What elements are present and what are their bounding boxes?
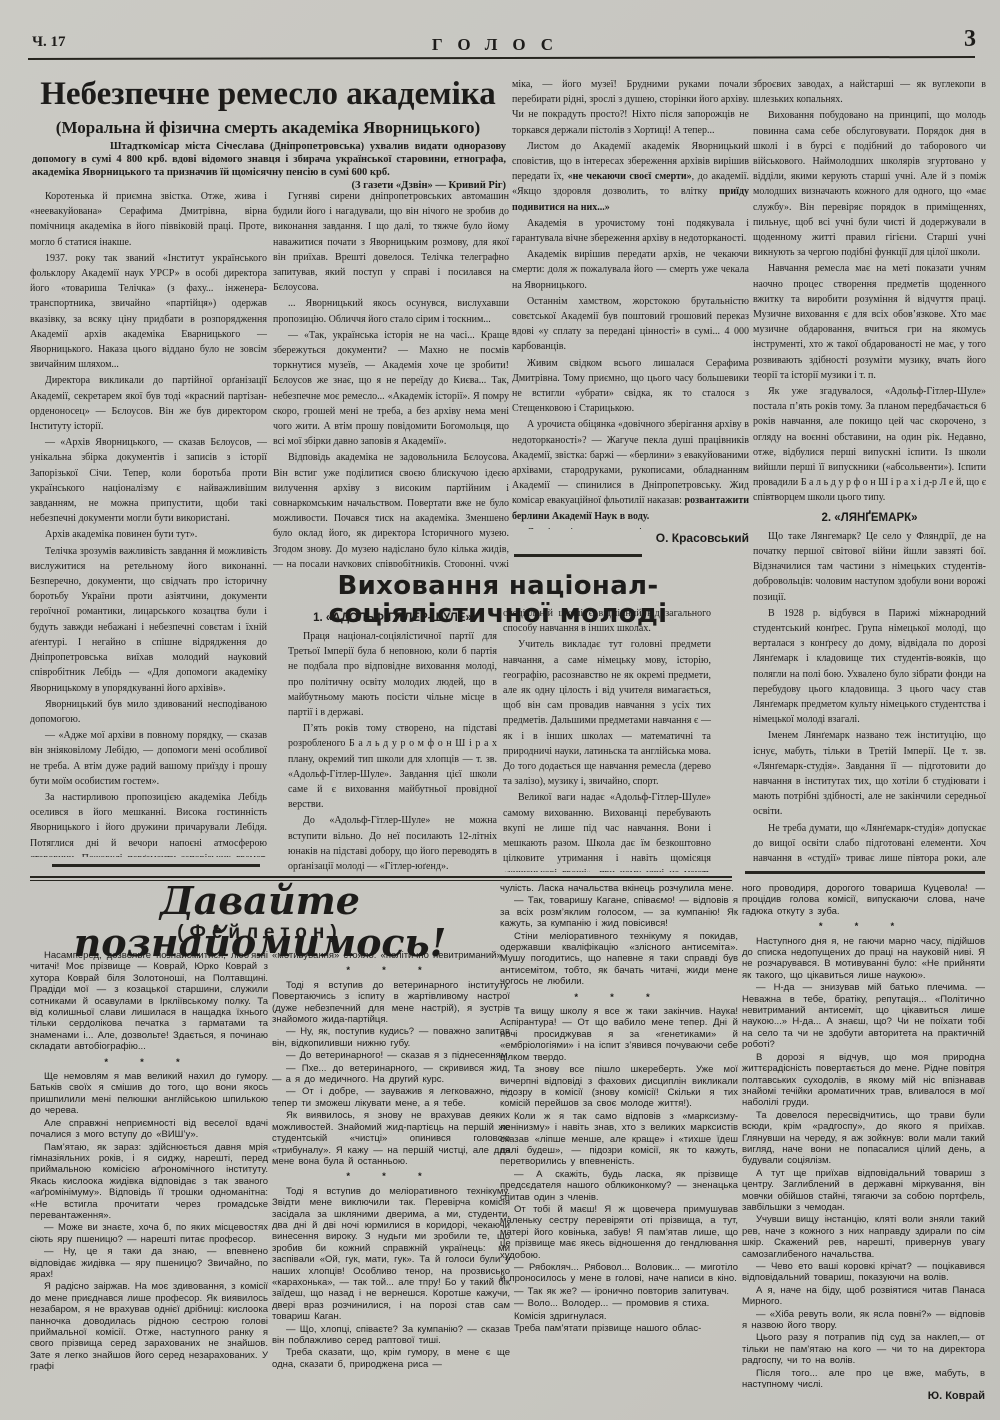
paragraph: Треба пам’ятати прізвище нашого облас-	[500, 1323, 738, 1334]
paragraph: Телічка зрозумів важливість завдання й м…	[30, 544, 267, 696]
paragraph: Учитель викладає тут головні предмети на…	[503, 637, 711, 789]
paragraph: От тобі й маєш! Я ж щовечера примушував …	[500, 1204, 738, 1261]
section-separator: * * *	[500, 992, 738, 1003]
paragraph: Праця націонал-соціялістичної партії для…	[288, 629, 497, 720]
paragraph: Треба сказати, що, крім гумору, в мене є…	[272, 1347, 510, 1370]
paragraph: В дорозі я відчув, що моя природна життє…	[742, 1052, 985, 1109]
paragraph: ного проводиря, дорогого товариша Куцево…	[742, 883, 985, 917]
paragraph: Тоді я вступив до ветеринарного інститут…	[272, 980, 510, 1026]
paragraph: Директора викликали до партійної орґаніз…	[30, 373, 267, 434]
paragraph: Після того... але про це вже, мабуть, в …	[742, 1368, 985, 1388]
paragraph: — «Адже мої архіви в повному порядку, — …	[30, 728, 267, 789]
article1-title: Небезпечне ремесло академіка	[28, 76, 508, 112]
paragraph: Комісія здригнулася.	[500, 1311, 738, 1322]
paragraph: А тут ще приїхав відповідальний товариш …	[742, 1168, 985, 1214]
paragraph: До «Адольф-Гітлер-Шуле» не можна вступит…	[288, 813, 497, 872]
article2-end-rule	[745, 871, 985, 874]
paragraph: Як уже згадувалося, «Адольф-Гітлер-Шуле»…	[753, 384, 986, 506]
paragraph: 1937. року так званий «Інститут українсь…	[30, 251, 267, 373]
paragraph: — Рябокляч... Рябовол... Воловик... — ми…	[500, 1262, 738, 1285]
paragraph: Коли ж я так само відповів з «марксизму-…	[500, 1111, 738, 1168]
paragraph: Та вищу школу я все ж таки закінчив. Нау…	[500, 1006, 738, 1063]
paragraph: Ще немовлям я мав великий нахил до гумор…	[30, 1071, 268, 1117]
paragraph: За настирливою пропозицією академіка Леб…	[30, 790, 267, 857]
paragraph: А урочиста обіцянка «довічного зберіганн…	[512, 417, 749, 523]
paragraph: — Так, товаришу Кагане, співаємо! — відп…	[500, 895, 738, 929]
section-separator: * * *	[272, 1171, 510, 1182]
paragraph: Насамперед, дозвольте познайомитися, люб…	[30, 950, 268, 1053]
article1-lede: Штадткомісар міста Січеслава (Дніпропетр…	[32, 140, 506, 180]
paragraph: спеціяльній школі є відмінний від загаль…	[503, 606, 711, 636]
paragraph: Стіни меліоративного технікуму я покидав…	[500, 931, 738, 988]
paragraph: Яворницький був мило здивований несподів…	[30, 697, 267, 727]
header-rule	[28, 56, 975, 60]
article1-column-3: міка, — його музеї! Брудними руками поча…	[512, 77, 749, 529]
paragraph: — Чево ето ваші коровкі крічат? — поціка…	[742, 1261, 985, 1284]
paragraph: Та знову все пішло шкереберть. Уже мої в…	[500, 1064, 738, 1110]
paragraph: — Пхе... до ветеринарного, — скривився ж…	[272, 1063, 510, 1086]
paragraph: — «Хіба ревуть воли, як ясла повні?» — в…	[742, 1309, 985, 1332]
paragraph: — Так як же? — іронично повторив запитув…	[500, 1286, 738, 1297]
paragraph: Що таке Лянгемарк? Це село у Фляндрії, д…	[753, 529, 986, 605]
article1-column-1: Коротенька й приємна звістка. Отже, жива…	[30, 189, 267, 857]
article3-column-1: Насамперед, дозвольте познайомитися, люб…	[30, 950, 268, 1414]
paragraph: — А скажіть, будь ласка, як прізвище пре…	[500, 1169, 738, 1203]
paragraph: — Ну, як, поступив кудись? — поважно зап…	[272, 1026, 510, 1049]
paragraph: — Воло... Володер... — промовив я стиха.	[500, 1298, 738, 1309]
page-number: 3	[964, 26, 976, 53]
paragraph: Академія в урочистому тоні подякувала і …	[512, 216, 749, 246]
paragraph: — «Так, українська історія не на часі...…	[273, 328, 509, 450]
paragraph: Коротенька й приємна звістка. Отже, жива…	[30, 189, 267, 250]
paragraph: Виховання побудовано на принципі, що мол…	[753, 108, 986, 260]
paragraph: Цього разу я потрапив під суд за наклеп,…	[742, 1332, 985, 1366]
paragraph: Учувши вищу інстанцію, кляті воли зняли …	[742, 1214, 985, 1260]
article1-byline: О. Красовський	[512, 531, 757, 545]
paragraph: Не треба думати, що «Лянґемарк-студія» д…	[753, 821, 986, 867]
article1-byline-rule	[514, 554, 642, 557]
article3-column-2: «мотивування» стояло: «політично невитри…	[272, 950, 510, 1414]
section-subhead: 2. «ЛЯНҐЕМАРК»	[753, 511, 986, 525]
section-separator: * * *	[30, 1057, 268, 1068]
masthead: ГОЛОС	[0, 35, 1000, 55]
section-separator: * * *	[272, 965, 510, 976]
paragraph: Пам’ятаю, як зараз: здійснюється давня м…	[30, 1142, 268, 1222]
paragraph: Останнім хамством, жорстокою брутальніст…	[512, 294, 749, 355]
paragraph: ... Яворницький якось осунувся, вислухав…	[273, 296, 509, 326]
paragraph: — Ну, це я таки да знаю, — впевнено відп…	[30, 1246, 268, 1280]
paragraph: — От і добре, — зауважив я легковажно, —…	[272, 1086, 510, 1109]
paragraph: — До ветеринарного! — сказав я з піднесе…	[272, 1050, 510, 1061]
paragraph: Як виявилось, я знову не врахував деяких…	[272, 1110, 510, 1167]
paragraph: — Може ви знаєте, хоча б, по яких місцев…	[30, 1222, 268, 1245]
paragraph: Архів академіка повинен бути тут».	[30, 527, 267, 542]
paragraph: «мотивування» стояло: «політично невитри…	[272, 950, 510, 961]
paragraph: В 1928 р. відбувся в Парижі міжнародний …	[753, 606, 986, 728]
article1-column-2: Гугняві сирени дніпропетровських автомаш…	[273, 189, 509, 567]
paragraph: Навчання ремесла має на меті показати уч…	[753, 261, 986, 383]
article1-subtitle: (Моральна й фізична смерть академіка Яво…	[28, 118, 508, 138]
paragraph: зброєвих заводах, а найстарші — як вугле…	[753, 77, 986, 107]
article2-column-1: 1. «АДОЛЬФ-ГІТЛЕР-ШУЛЕ»Праця націонал-со…	[288, 606, 497, 872]
article2-column-2: спеціяльній школі є відмінний від загаль…	[503, 606, 711, 872]
newspaper-page: { "header": {"issue": "Ч. 17", "masthead…	[0, 0, 1000, 1420]
paragraph: Я радісно заіржав. На моє здивовання, з …	[30, 1281, 268, 1372]
paragraph: Тоді я вступив до меліоративного техніку…	[272, 1186, 510, 1323]
paragraph: — Н-да — знизував мій батько плечима. — …	[742, 982, 985, 1050]
paragraph: Великої ваги надає «Адольф-Гітлер-Шуле» …	[503, 790, 711, 872]
section-separator: * * *	[742, 921, 985, 932]
paragraph: Деякі дані викликають підозру, що саме ц…	[512, 525, 749, 529]
paragraph: міка, — його музеї! Брудними руками поча…	[512, 77, 749, 138]
paragraph: Та довелося пересвідчитись, що трави бул…	[742, 1110, 985, 1167]
paragraph: — Що, хлопці, співаєте? За кумпанію? — с…	[272, 1324, 510, 1347]
paragraph: Але справжні неприємності від веселої вд…	[30, 1118, 268, 1141]
paragraph: Відповідь академіка не задовольнила Бєло…	[273, 450, 509, 567]
paragraph: Живим свідком всього лишалася Серафима Д…	[512, 356, 749, 417]
paragraph: — «Архів Яворницького, — сказав Бєлоусов…	[30, 435, 267, 526]
paragraph: А я, наче на біду, щоб розвіятися читав …	[742, 1285, 985, 1308]
paragraph: Академік вирішив передати архів, не чека…	[512, 247, 749, 293]
paragraph: Листом до Академії академік Яворницький …	[512, 139, 749, 215]
article1-end-rule	[52, 864, 260, 867]
article2-column-3: зброєвих заводах, а найстарші — як вугле…	[753, 77, 986, 867]
paragraph: П’ять років тому створено, на підставі р…	[288, 721, 497, 812]
article3-column-4: ного проводиря, дорогого товариша Куцево…	[742, 883, 985, 1388]
section-subhead: 1. «АДОЛЬФ-ГІТЛЕР-ШУЛЕ»	[288, 611, 497, 625]
article3-byline: Ю. Коврай	[742, 1390, 985, 1402]
paragraph: Наступного дня я, не гаючи марно часу, п…	[742, 936, 985, 982]
paragraph: чулість. Ласка начальства вкінець розчул…	[500, 883, 738, 894]
article3-subtitle: (Фейлетон)	[40, 922, 480, 944]
paragraph: Гугняві сирени дніпропетровських автомаш…	[273, 189, 509, 295]
paragraph: Іменем Лянґемарк названо теж інституцію,…	[753, 728, 986, 819]
article3-column-3: чулість. Ласка начальства вкінець розчул…	[500, 883, 738, 1414]
